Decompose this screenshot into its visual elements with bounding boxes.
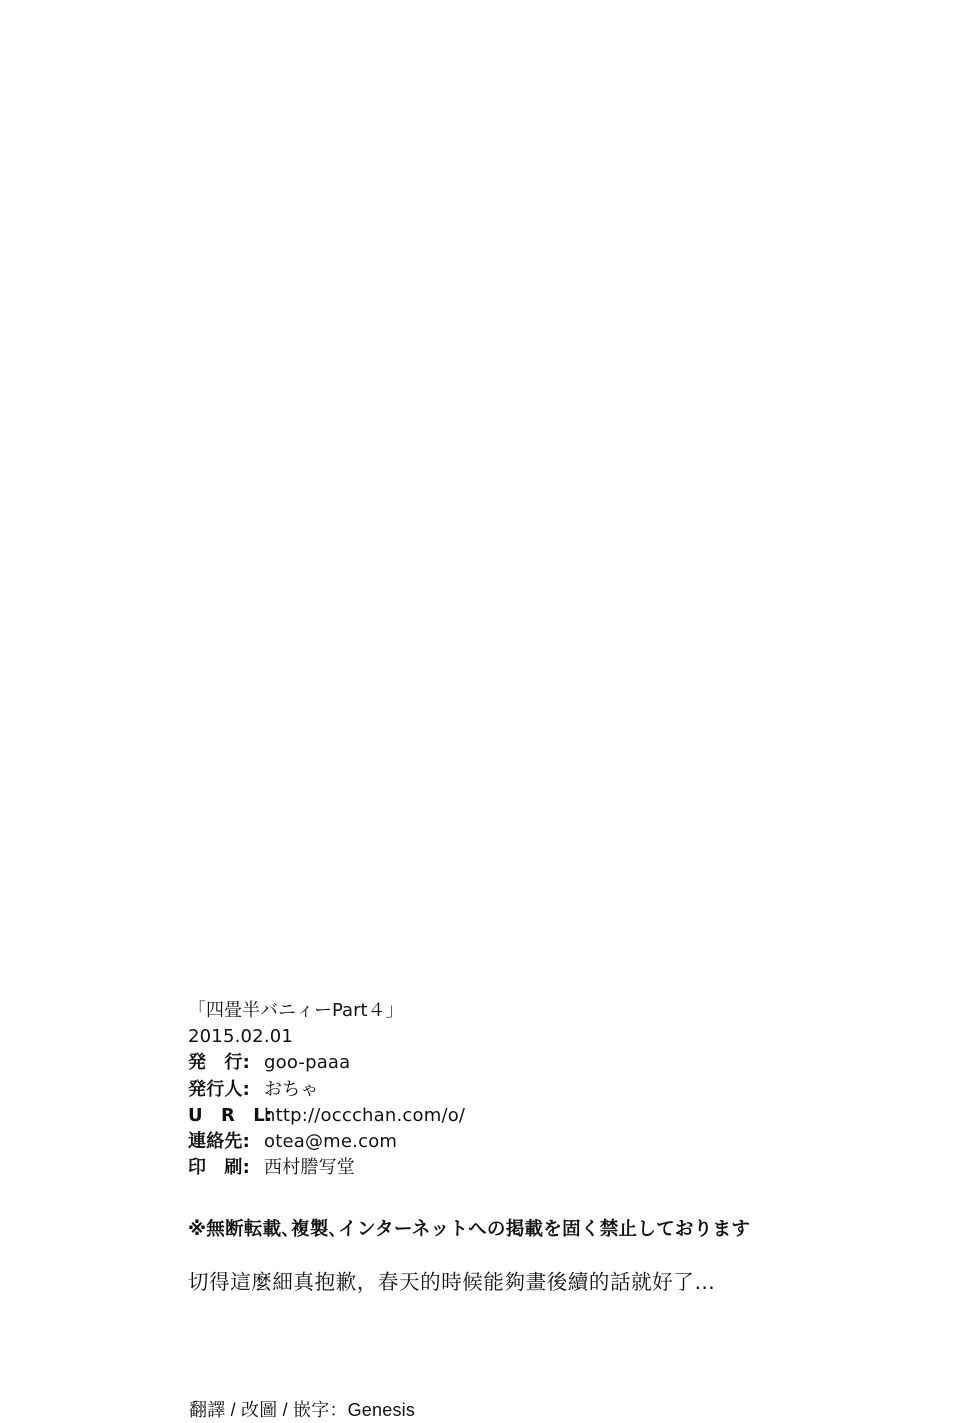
colophon-row-printer: 印 刷:西村謄写堂 bbox=[188, 1155, 465, 1181]
contact-label: 連絡先: bbox=[188, 1129, 264, 1155]
translator-note: 切得這麼細真抱歉，春天的時候能夠畫後續的話就好了… bbox=[188, 1265, 716, 1295]
contact-value: otea@me.com bbox=[264, 1131, 397, 1152]
publisher-label: 発 行: bbox=[188, 1050, 264, 1076]
book-title: 「四畳半バニィーPart４」 bbox=[188, 998, 465, 1024]
reproduction-notice: ※無断転載､複製､インターネットへの掲載を固く禁止しております bbox=[188, 1215, 750, 1241]
colophon-row-issuer: 発行人:おちゃ bbox=[188, 1077, 465, 1103]
issuer-value: おちゃ bbox=[264, 1079, 319, 1100]
colophon-row-contact: 連絡先:otea@me.com bbox=[188, 1129, 465, 1155]
printer-label: 印 刷: bbox=[188, 1155, 264, 1181]
printer-value: 西村謄写堂 bbox=[264, 1157, 355, 1178]
publication-date: 2015.02.01 bbox=[188, 1024, 465, 1050]
url-label: U R L: bbox=[188, 1103, 264, 1129]
colophon-row-publisher: 発 行:goo-paaa bbox=[188, 1050, 465, 1076]
colophon-block: 「四畳半バニィーPart４」 2015.02.01 発 行:goo-paaa 発… bbox=[188, 998, 465, 1181]
translation-credits: 翻譯 / 改圖 / 嵌字：Genesis bbox=[189, 1396, 415, 1422]
url-value: http://occchan.com/o/ bbox=[264, 1105, 465, 1126]
publisher-value: goo-paaa bbox=[264, 1052, 350, 1073]
issuer-label: 発行人: bbox=[188, 1077, 264, 1103]
colophon-row-url: U R L:http://occchan.com/o/ bbox=[188, 1103, 465, 1129]
